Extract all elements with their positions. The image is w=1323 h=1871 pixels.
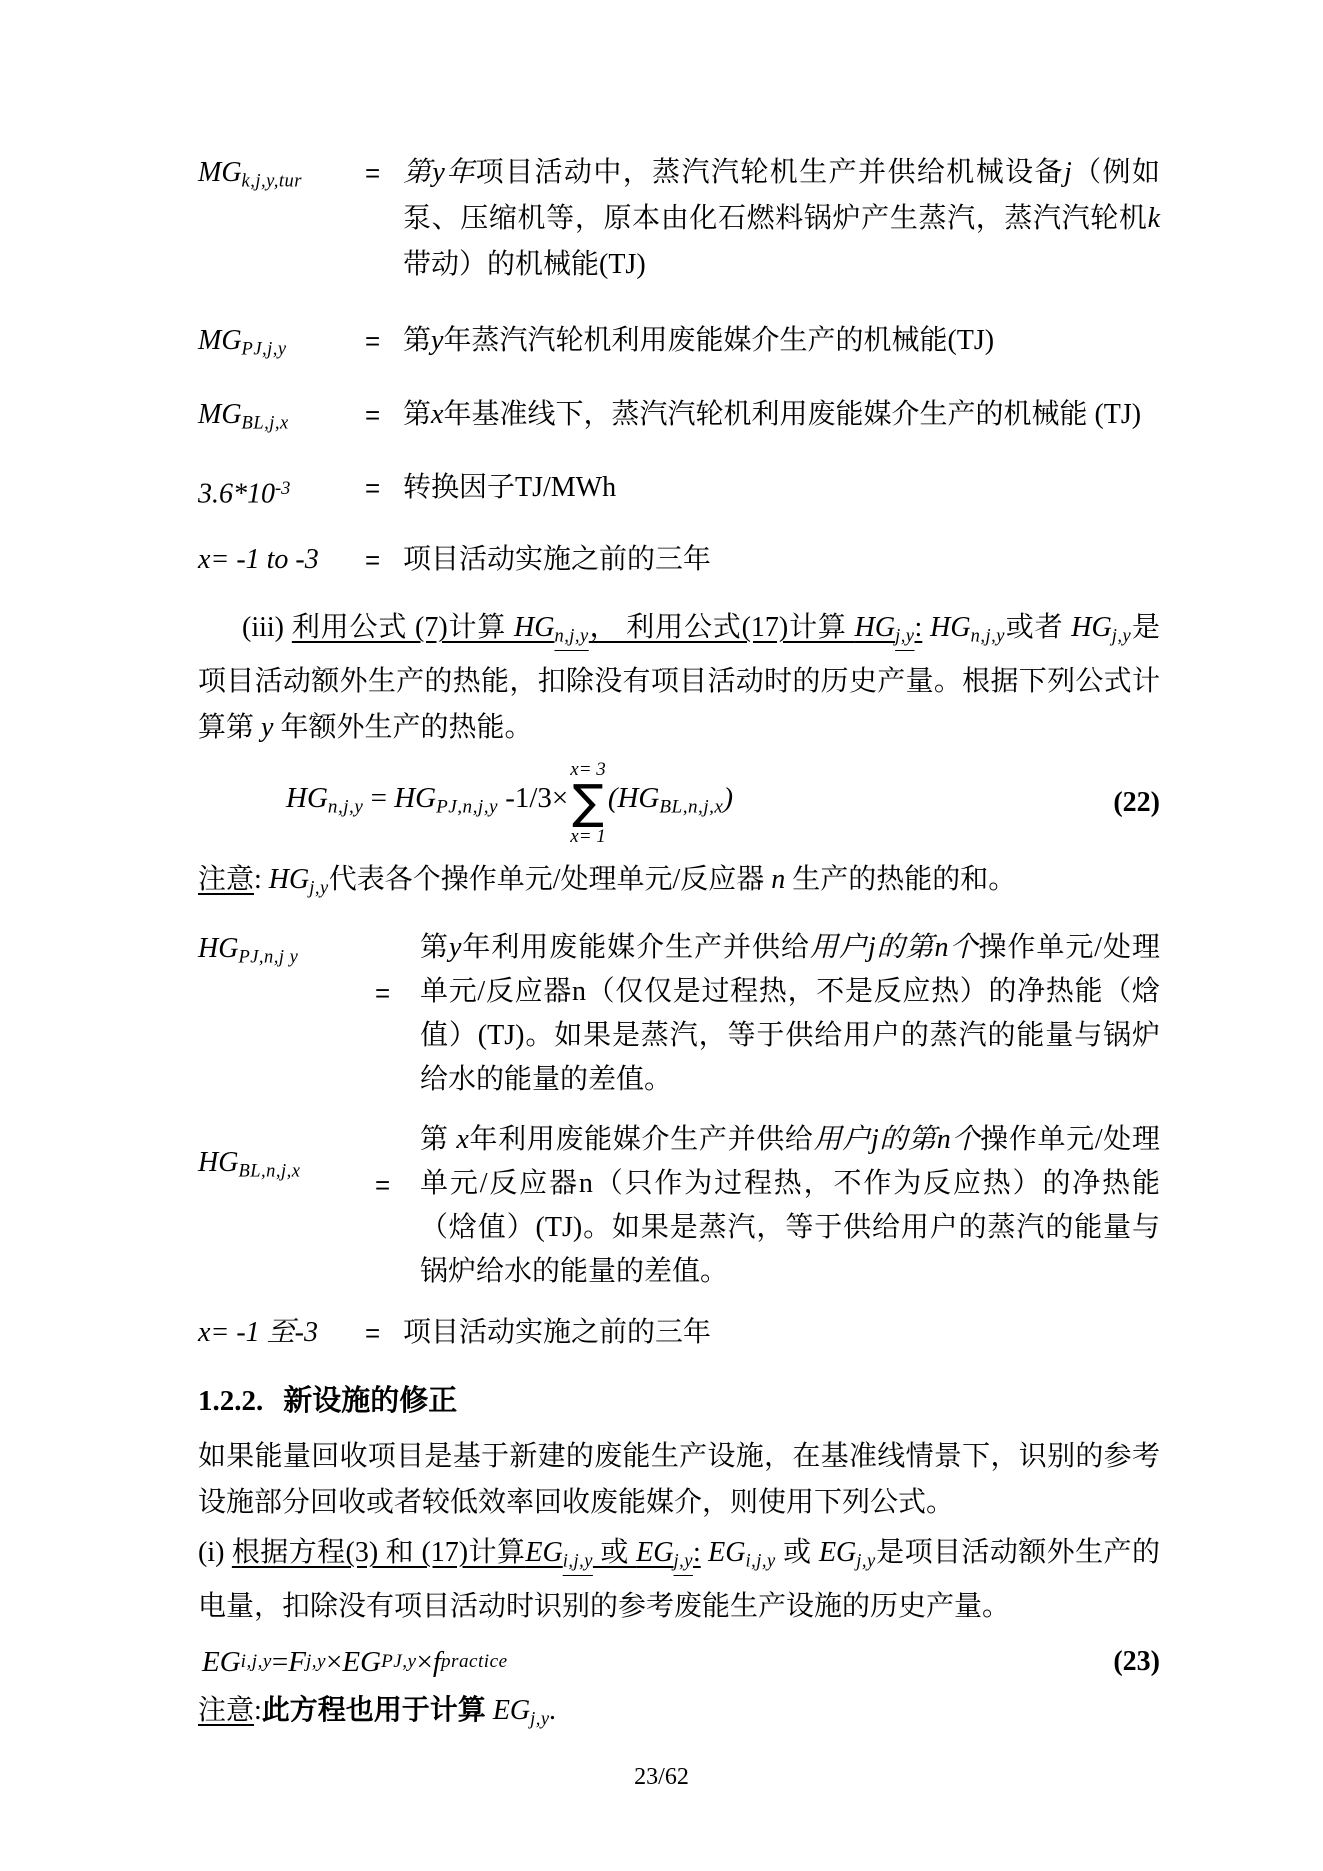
equation-22-lhs: HGn,j,y = HGPJ,n,j,y -1/3×: [286, 775, 568, 831]
definition-term: 3.6*10-3: [198, 465, 365, 517]
definition-row-conversion-factor: 3.6*10-3 = 转换因子TJ/MWh: [198, 465, 1160, 517]
paragraph-new-facility: 如果能量回收项目是基于新建的废能生产设施，在基准线情景下，识别的参考设施部分回收…: [198, 1434, 1160, 1526]
note-equation-23: 注意:此方程也用于计算 EGj,y.: [198, 1688, 1160, 1742]
equals-sign: =: [365, 465, 403, 517]
section-heading: 1.2.2.新设施的修正: [198, 1380, 1160, 1422]
page-number: 23/62: [0, 1763, 1323, 1791]
equation-22-body: HGn,j,y = HGPJ,n,j,y -1/3× x= 3 ∑ x= 1 (…: [286, 759, 733, 847]
equation-22: HGn,j,y = HGPJ,n,j,y -1/3× x= 3 ∑ x= 1 (…: [198, 755, 1160, 851]
summation-lower-limit: x= 1: [570, 826, 606, 847]
definition-description: 第y年项目活动中，蒸汽汽轮机生产并供给机械设备j（例如泵、压缩机等，原本由化石燃…: [403, 150, 1160, 288]
definition-description: 项目活动实施之前的三年: [403, 537, 1160, 583]
definition-description: 第x年基准线下，蒸汽汽轮机利用废能媒介生产的机械能 (TJ): [403, 392, 1160, 446]
equation-23: EGi,j,y = Fj,y × EGPJ,y × fpractice (23): [198, 1638, 1160, 1686]
definition-term: MGBL,j,x: [198, 392, 365, 446]
definition-row-x-range-2: x= -1 至-3 = 项目活动实施之前的三年: [198, 1310, 1160, 1356]
equals-sign: =: [375, 926, 420, 1102]
definition-description: 转换因子TJ/MWh: [403, 465, 1160, 517]
document-content: MGk,j,y,tur = 第y年项目活动中，蒸汽汽轮机生产并供给机械设备j（例…: [198, 150, 1160, 1742]
definition-term: x= -1 to -3: [198, 537, 365, 583]
definition-term: x= -1 至-3: [198, 1310, 365, 1356]
equation-23-number: (23): [1113, 1639, 1160, 1685]
definition-description: 第y年蒸汽汽轮机利用废能媒介生产的机械能(TJ): [403, 318, 1160, 372]
equals-sign: =: [365, 537, 403, 583]
definition-row-hg-bl: HGBL,n,j,x = 第 x年利用废能媒介生产并供给用户j的第n个操作单元/…: [198, 1118, 1160, 1294]
definition-row-mg-pjjy: MGPJ,j,y = 第y年蒸汽汽轮机利用废能媒介生产的机械能(TJ): [198, 318, 1160, 372]
definition-row-mg-bljx: MGBL,j,x = 第x年基准线下，蒸汽汽轮机利用废能媒介生产的机械能 (TJ…: [198, 392, 1160, 446]
definition-description: 第 x年利用废能媒介生产并供给用户j的第n个操作单元/处理单元/反应器n（只作为…: [420, 1118, 1160, 1294]
definition-term: HGPJ,n,j y: [198, 926, 375, 1102]
equals-sign: =: [375, 1118, 420, 1294]
section-title: 新设施的修正: [283, 1385, 457, 1417]
sigma-icon: ∑: [572, 780, 604, 826]
equation-23-body: EGi,j,y = Fj,y × EGPJ,y × fpractice: [202, 1639, 508, 1685]
definition-term: MGPJ,j,y: [198, 318, 365, 372]
note-equation-22: 注意: HGj,y代表各个操作单元/处理单元/反应器 n 生产的热能的和。: [198, 857, 1160, 911]
definition-row-hg-pj: HGPJ,n,j y = 第y年利用废能媒介生产并供给用户j的第n个操作单元/处…: [198, 926, 1160, 1102]
equals-sign: =: [365, 1310, 403, 1356]
definition-row-mg-kjytur: MGk,j,y,tur = 第y年项目活动中，蒸汽汽轮机生产并供给机械设备j（例…: [198, 150, 1160, 288]
summation-symbol: x= 3 ∑ x= 1: [570, 759, 606, 847]
equals-sign: =: [365, 392, 403, 446]
equals-sign: =: [365, 150, 403, 288]
paragraph-i: (i) 根据方程(3) 和 (17)计算EGi,j,y 或 EGj,y: EGi…: [198, 1530, 1160, 1630]
definition-term: HGBL,n,j,x: [198, 1118, 375, 1294]
section-number: 1.2.2.: [198, 1385, 263, 1417]
definition-term: MGk,j,y,tur: [198, 150, 365, 288]
equation-22-rhs: (HGBL,n,j,x): [608, 775, 733, 831]
definition-description: 项目活动实施之前的三年: [403, 1310, 1160, 1356]
equals-sign: =: [365, 318, 403, 372]
paragraph-iii: (iii) 利用公式 (7)计算 HGn,j,y， 利用公式(17)计算 HGj…: [198, 605, 1160, 751]
document-page: MGk,j,y,tur = 第y年项目活动中，蒸汽汽轮机生产并供给机械设备j（例…: [0, 0, 1323, 1871]
definition-row-x-range: x= -1 to -3 = 项目活动实施之前的三年: [198, 537, 1160, 583]
equation-22-number: (22): [1113, 780, 1160, 826]
definition-description: 第y年利用废能媒介生产并供给用户j的第n个操作单元/处理单元/反应器n（仅仅是过…: [420, 926, 1160, 1102]
